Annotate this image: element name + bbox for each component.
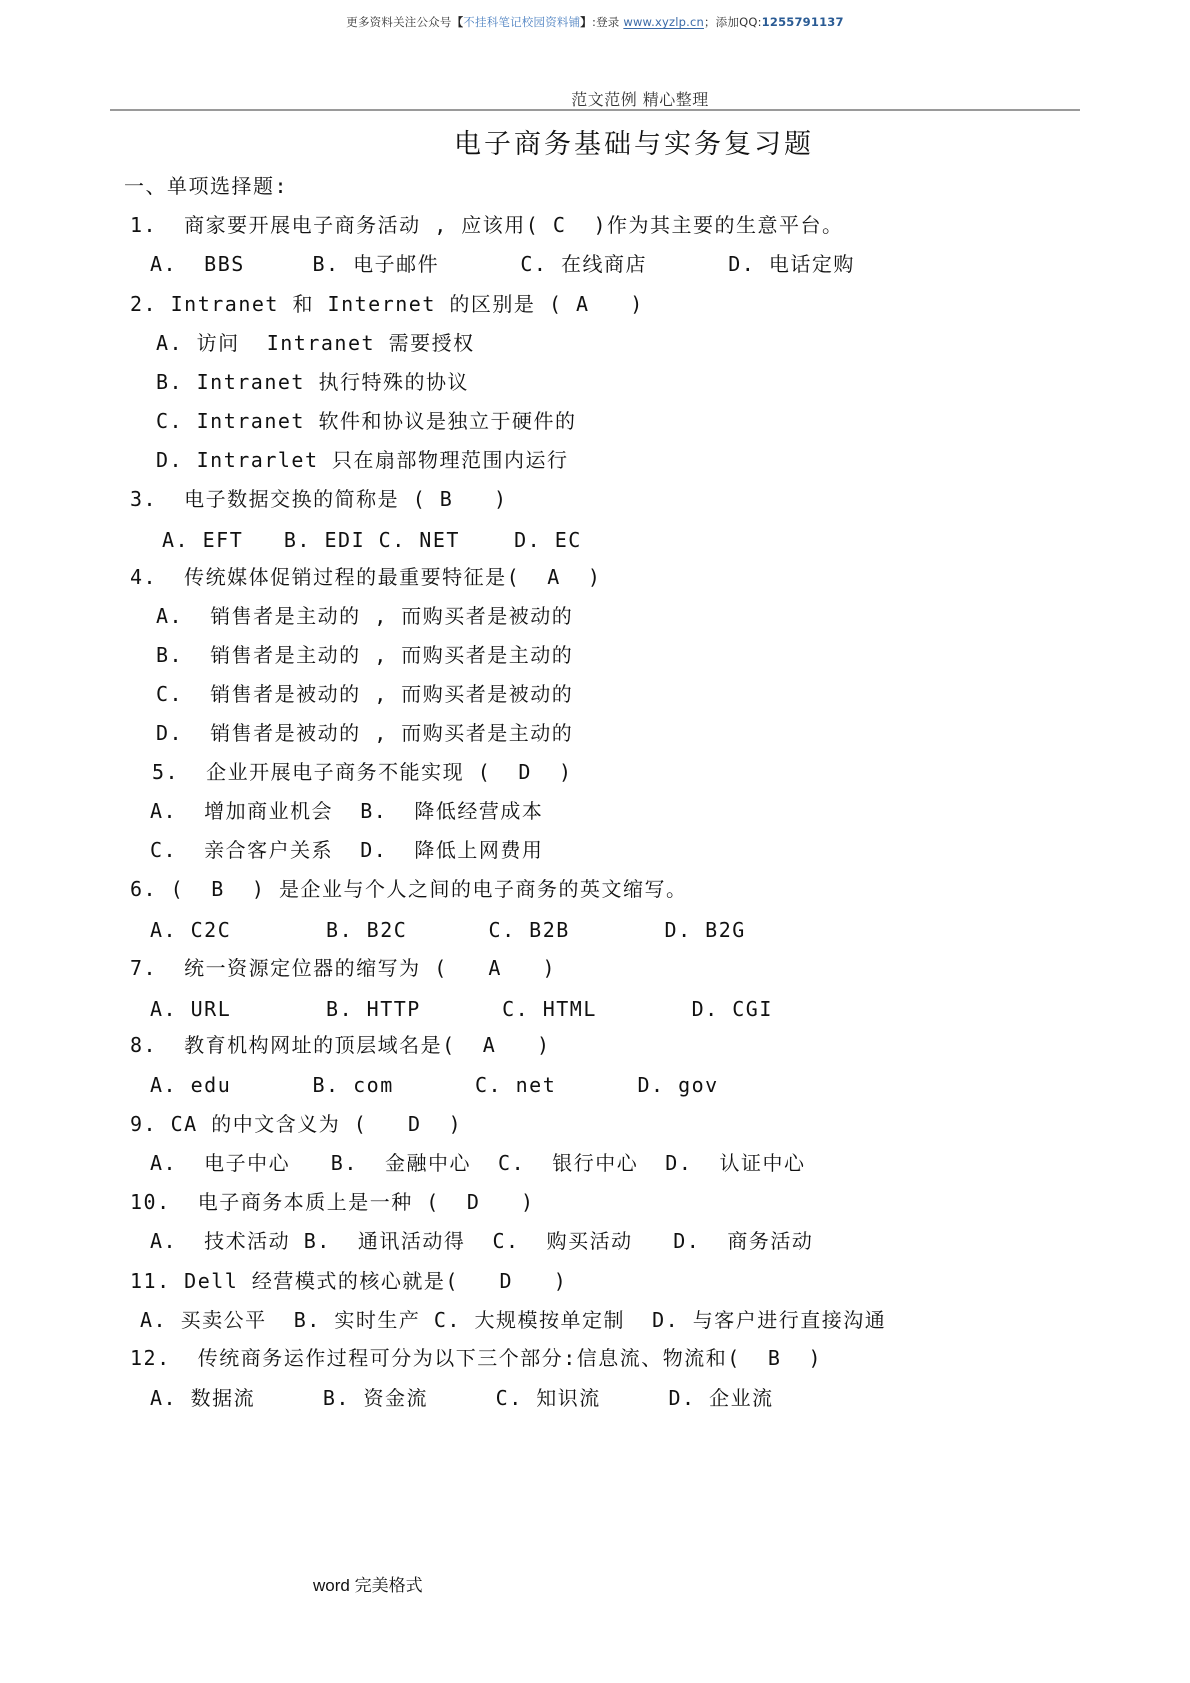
question-3-options: A. EFT B. EDI C. NET D. EC xyxy=(162,528,582,552)
question-4-option-a: A. 销售者是主动的 , 而购买者是被动的 xyxy=(156,604,573,628)
question-10-stem: 10. 电子商务本质上是一种 ( D ) xyxy=(130,1190,535,1214)
promo-banner: 更多资料关注公众号【不挂科笔记校园资料铺】:登录 www.xyzlp.cn；添加… xyxy=(0,14,1190,30)
question-10-options: A. 技术活动 B. 通讯活动得 C. 购买活动 D. 商务活动 xyxy=(150,1229,813,1253)
banner-bracket-close: 】 xyxy=(580,15,592,29)
question-6-options: A. C2C B. B2C C. B2B D. B2G xyxy=(150,918,746,942)
header-divider xyxy=(110,109,1080,111)
document-title: 电子商务基础与实务复习题 xyxy=(0,122,1190,161)
question-5-stem: 5. 企业开展电子商务不能实现 ( D ) xyxy=(152,760,573,784)
question-12-stem: 12. 传统商务运作过程可分为以下三个部分:信息流、物流和( B ) xyxy=(130,1346,822,1370)
question-4-option-c: C. 销售者是被动的 , 而购买者是被动的 xyxy=(156,682,573,706)
question-11-options: A. 买卖公平 B. 实时生产 C. 大规模按单定制 D. 与客户进行直接沟通 xyxy=(140,1308,886,1332)
question-3-stem: 3. 电子数据交换的简称是 ( B ) xyxy=(130,487,508,511)
question-8-options: A. edu B. com C. net D. gov xyxy=(150,1073,719,1097)
banner-url-link[interactable]: www.xyzlp.cn xyxy=(623,15,704,29)
question-2-option-d: D. Intrarlet 只在扇部物理范围内运行 xyxy=(156,448,569,472)
page-header-note: 范文范例 精心整理 xyxy=(0,87,1190,110)
question-9-options: A. 电子中心 B. 金融中心 C. 银行中心 D. 认证中心 xyxy=(150,1151,805,1175)
question-4-option-b: B. 销售者是主动的 , 而购买者是主动的 xyxy=(156,643,573,667)
question-1-options: A. BBS B. 电子邮件 C. 在线商店 D. 电话定购 xyxy=(150,252,855,276)
banner-brand-name: 不挂科笔记校园资料铺 xyxy=(463,15,580,29)
question-11-stem: 11. Dell 经营模式的核心就是( D ) xyxy=(130,1269,567,1293)
question-7-stem: 7. 统一资源定位器的缩写为 ( A ) xyxy=(130,956,556,980)
question-1-stem: 1. 商家要开展电子商务活动 , 应该用( C )作为其主要的生意平台。 xyxy=(130,213,844,237)
question-8-stem: 8. 教育机构网址的顶层域名是( A ) xyxy=(130,1033,551,1057)
banner-login-label: :登录 xyxy=(592,15,619,29)
banner-qq-number: 1255791137 xyxy=(762,15,844,29)
page-footer: word 完美格式 xyxy=(313,1571,423,1596)
section-heading: 一、单项选择题: xyxy=(124,174,288,198)
banner-qq-label: ；添加QQ: xyxy=(704,15,762,29)
question-2-option-c: C. Intranet 软件和协议是独立于硬件的 xyxy=(156,409,577,433)
question-7-options: A. URL B. HTTP C. HTML D. CGI xyxy=(150,997,773,1021)
question-2-stem: 2. Intranet 和 Internet 的区别是 ( A ) xyxy=(130,292,644,316)
question-5-options-cd: C. 亲合客户关系 D. 降低上网费用 xyxy=(150,838,543,862)
banner-prefix: 更多资料关注公众号 xyxy=(346,15,451,29)
question-2-option-b: B. Intranet 执行特殊的协议 xyxy=(156,370,469,394)
question-2-option-a: A. 访问 Intranet 需要授权 xyxy=(156,331,475,355)
question-9-stem: 9. CA 的中文含义为 ( D ) xyxy=(130,1112,462,1136)
question-4-option-d: D. 销售者是被动的 , 而购买者是主动的 xyxy=(156,721,573,745)
question-5-options-ab: A. 增加商业机会 B. 降低经营成本 xyxy=(150,799,543,823)
question-12-options: A. 数据流 B. 资金流 C. 知识流 D. 企业流 xyxy=(150,1386,774,1410)
banner-bracket-open: 【 xyxy=(452,15,464,29)
question-4-stem: 4. 传统媒体促销过程的最重要特征是( A ) xyxy=(130,565,601,589)
question-6-stem: 6. ( B ) 是企业与个人之间的电子商务的英文缩写。 xyxy=(130,877,687,901)
